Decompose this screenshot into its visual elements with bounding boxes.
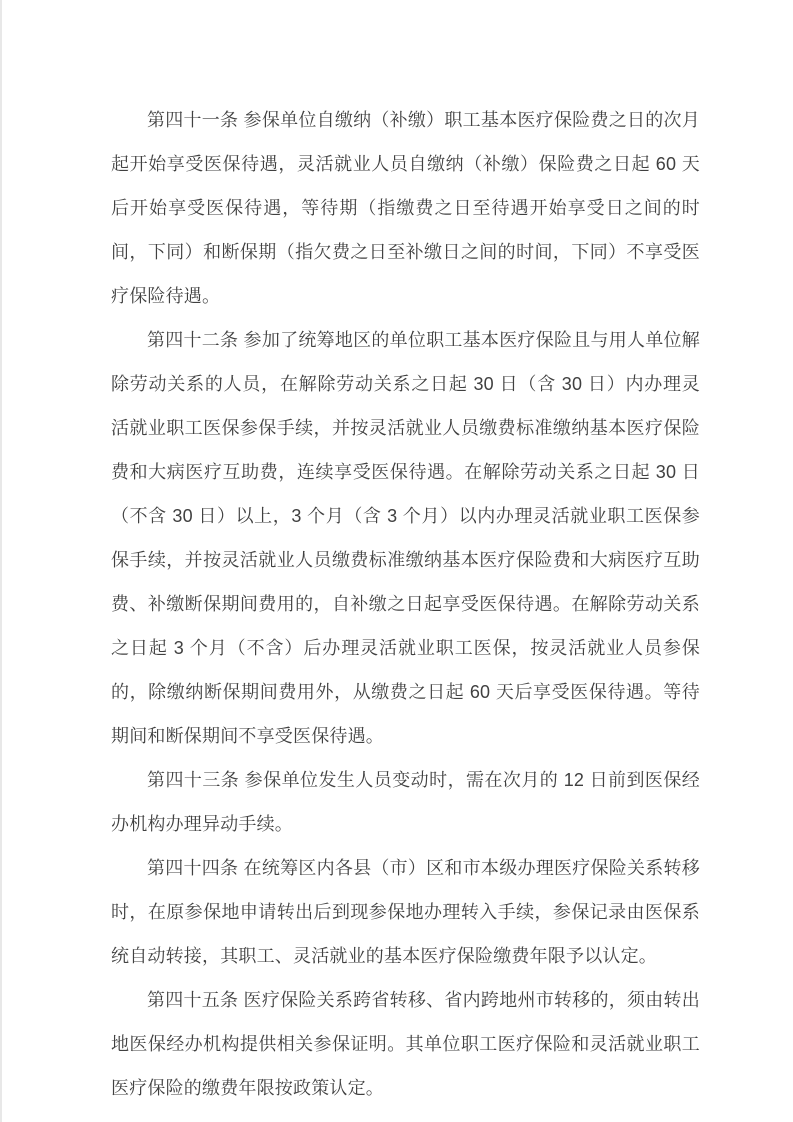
page-left-edge-divider [0,0,2,1122]
paragraph-article-44: 第四十四条 在统筹区内各县（市）区和市本级办理医疗保险关系转移时，在原参保地申请… [111,846,700,978]
paragraph-article-41: 第四十一条 参保单位自缴纳（补缴）职工基本医疗保险费之日的次月起开始享受医保待遇… [111,98,700,318]
document-text-body: 第四十一条 参保单位自缴纳（补缴）职工基本医疗保险费之日的次月起开始享受医保待遇… [111,98,700,1110]
paragraph-article-42: 第四十二条 参加了统筹地区的单位职工基本医疗保险且与用人单位解除劳动关系的人员，… [111,318,700,758]
document-page: 第四十一条 参保单位自缴纳（补缴）职工基本医疗保险费之日的次月起开始享受医保待遇… [0,0,793,1122]
paragraph-article-45: 第四十五条 医疗保险关系跨省转移、省内跨地州市转移的，须由转出地医保经办机构提供… [111,978,700,1110]
paragraph-article-43: 第四十三条 参保单位发生人员变动时，需在次月的 12 日前到医保经办机构办理异动… [111,758,700,846]
